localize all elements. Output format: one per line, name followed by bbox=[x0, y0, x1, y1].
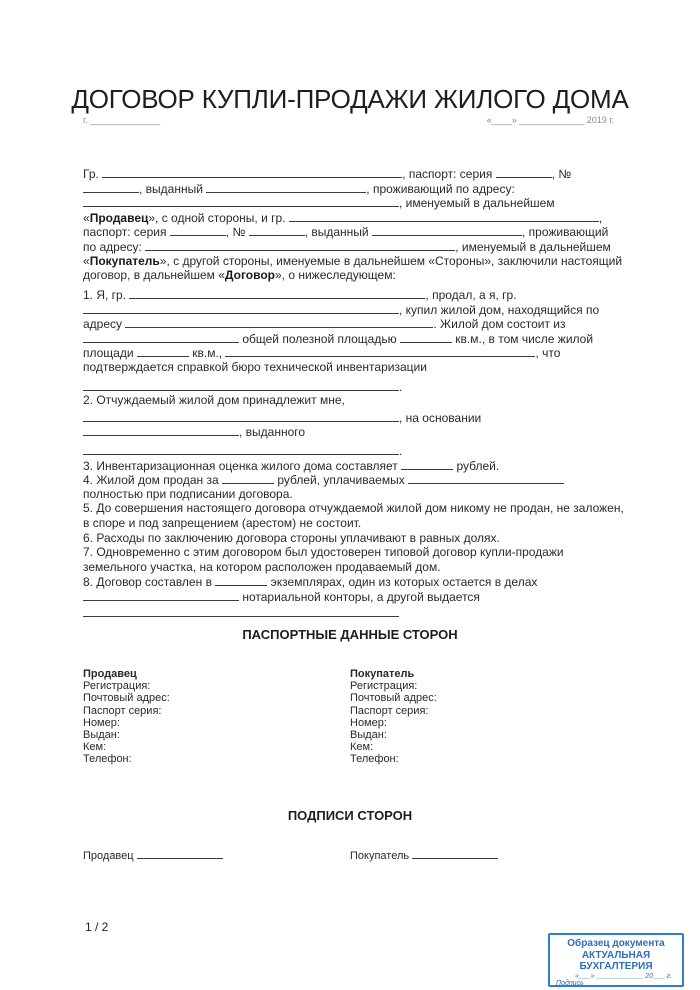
seller-field: Кем: bbox=[83, 741, 170, 753]
clause1-address-blank[interactable] bbox=[125, 316, 433, 328]
clause8-notary-blank[interactable] bbox=[83, 589, 239, 601]
seller-issued-by-blank[interactable] bbox=[206, 181, 366, 193]
text: паспорт: серия bbox=[83, 225, 166, 239]
text: , выданного bbox=[239, 425, 305, 439]
buyer-field: Номер: bbox=[350, 717, 437, 729]
stamp-line-3: «___» ____________ 20___ г. bbox=[550, 973, 682, 980]
text: земельного участка, на котором расположе… bbox=[83, 560, 441, 574]
buyer-field: Кем: bbox=[350, 741, 437, 753]
buyer-name-blank[interactable] bbox=[289, 210, 599, 222]
seller-field: Регистрация: bbox=[83, 680, 170, 692]
text: 2. Отчуждаемый жилой дом принадлежит мне… bbox=[83, 393, 345, 407]
preamble: Гр. , паспорт: серия , № , выданный , пр… bbox=[83, 166, 623, 283]
buyer-field: Почтовый адрес: bbox=[350, 692, 437, 704]
seller-header: Продавец bbox=[83, 668, 170, 680]
text: », с другой стороны, именуемые в дальней… bbox=[160, 254, 622, 268]
text: , № bbox=[226, 225, 246, 239]
date-field: «____» _____________ 2019 г. bbox=[487, 115, 614, 125]
text: 1. Я, гр. bbox=[83, 288, 126, 302]
text: , купил жилой дом, находящийся по bbox=[399, 303, 599, 317]
text: « bbox=[83, 254, 90, 268]
clause1-bti-blank[interactable] bbox=[83, 379, 399, 391]
clause1-composition-blank[interactable] bbox=[83, 331, 239, 343]
text: , именуемый в дальнейшем bbox=[399, 196, 555, 210]
seller-signature-label: Продавец bbox=[83, 850, 134, 862]
buyer-field: Паспорт серия: bbox=[350, 705, 437, 717]
text: , выданный bbox=[139, 182, 203, 196]
text: общей полезной площадью bbox=[242, 332, 396, 346]
buyer-field: Регистрация: bbox=[350, 680, 437, 692]
text: , на основании bbox=[399, 411, 481, 425]
text: , bbox=[599, 211, 602, 225]
text: договор, в дальнейшем « bbox=[83, 268, 225, 282]
clause1-other-blank[interactable] bbox=[225, 345, 535, 357]
text: , № bbox=[552, 167, 572, 181]
text: кв.м., в том числе жилой bbox=[455, 332, 593, 346]
buyer-term: Покупатель bbox=[90, 254, 160, 268]
clause8-recipient-blank[interactable] bbox=[83, 605, 399, 617]
seller-signature-blank[interactable] bbox=[137, 847, 223, 859]
buyer-signature: Покупатель bbox=[350, 847, 498, 862]
seller-field: Почтовый адрес: bbox=[83, 692, 170, 704]
clause2-issued-blank[interactable] bbox=[83, 443, 399, 455]
text: рублей, уплачиваемых bbox=[277, 473, 404, 487]
buyer-signature-label: Покупатель bbox=[350, 850, 409, 862]
buyer-passport-number-blank[interactable] bbox=[249, 224, 305, 236]
clause1-total-area-blank[interactable] bbox=[400, 331, 452, 343]
clause1-seller-blank[interactable] bbox=[129, 287, 425, 299]
buyer-field: Телефон: bbox=[350, 753, 437, 765]
text: 4. Жилой дом продан за bbox=[83, 473, 219, 487]
buyer-passport-series-blank[interactable] bbox=[170, 224, 226, 236]
text: нотариальной конторы, а другой выдается bbox=[242, 590, 480, 604]
buyer-address-blank[interactable] bbox=[145, 239, 455, 251]
text: 6. Расходы по заключению договора сторон… bbox=[83, 531, 500, 545]
seller-term: Продавец bbox=[90, 211, 149, 225]
text: кв.м., bbox=[192, 346, 222, 360]
text: Гр. bbox=[83, 167, 99, 181]
clause4-payment-blank[interactable] bbox=[408, 472, 564, 484]
text: рублей. bbox=[456, 459, 499, 473]
text: подтверждается справкой бюро технической… bbox=[83, 360, 427, 374]
text: 7. Одновременно с этим договором был удо… bbox=[83, 545, 564, 559]
text: . bbox=[399, 380, 402, 394]
seller-passport-column: Продавец Регистрация: Почтовый адрес: Па… bbox=[83, 668, 170, 766]
seller-passport-series-blank[interactable] bbox=[496, 166, 552, 178]
seller-address-blank[interactable] bbox=[83, 195, 399, 207]
text: . Жилой дом состоит из bbox=[433, 317, 565, 331]
contract-term: Договор bbox=[225, 268, 275, 282]
clause1-living-area-blank[interactable] bbox=[137, 345, 189, 357]
seller-signature: Продавец bbox=[83, 847, 223, 862]
text: », с одной стороны, и гр. bbox=[148, 211, 285, 225]
text: в споре и под запрещением (арестом) не с… bbox=[83, 516, 361, 530]
text: », о нижеследующем: bbox=[275, 268, 396, 282]
stamp-line-2: АКТУАЛЬНАЯ БУХГАЛТЕРИЯ bbox=[550, 950, 682, 972]
document-title: ДОГОВОР КУПЛИ-ПРОДАЖИ ЖИЛОГО ДОМА bbox=[0, 84, 700, 115]
text: 8. Договор составлен в bbox=[83, 575, 212, 589]
sample-stamp: Образец документа АКТУАЛЬНАЯ БУХГАЛТЕРИЯ… bbox=[548, 933, 684, 987]
text: 5. До совершения настоящего договора отч… bbox=[83, 501, 624, 515]
clause8-copies-blank[interactable] bbox=[215, 574, 267, 586]
buyer-issued-by-blank[interactable] bbox=[372, 224, 522, 236]
text: « bbox=[83, 211, 90, 225]
seller-field: Выдан: bbox=[83, 729, 170, 741]
text: экземплярах, один из которых остается в … bbox=[271, 575, 538, 589]
text: по адресу: bbox=[83, 240, 142, 254]
seller-field: Паспорт серия: bbox=[83, 705, 170, 717]
text: , именуемый в дальнейшем bbox=[455, 240, 611, 254]
buyer-header: Покупатель bbox=[350, 668, 437, 680]
signatures-section-title: ПОДПИСИ СТОРОН bbox=[0, 808, 700, 823]
text: , проживающий по адресу: bbox=[366, 182, 515, 196]
seller-name-blank[interactable] bbox=[102, 166, 402, 178]
clause2-owner-blank[interactable] bbox=[83, 410, 399, 422]
clause4-price-blank[interactable] bbox=[222, 472, 274, 484]
clauses: 1. Я, гр. , продал, а я, гр. , купил жил… bbox=[83, 287, 623, 620]
buyer-passport-column: Покупатель Регистрация: Почтовый адрес: … bbox=[350, 668, 437, 766]
seller-field: Номер: bbox=[83, 717, 170, 729]
page-number: 1 / 2 bbox=[85, 920, 108, 934]
clause3-valuation-blank[interactable] bbox=[401, 458, 453, 470]
text: полностью при подписании договора. bbox=[83, 487, 293, 501]
text: адресу bbox=[83, 317, 122, 331]
text: , паспорт: серия bbox=[402, 167, 492, 181]
buyer-signature-blank[interactable] bbox=[412, 847, 498, 859]
buyer-field: Выдан: bbox=[350, 729, 437, 741]
text: . bbox=[399, 444, 402, 458]
clause2-basis-blank[interactable] bbox=[83, 424, 239, 436]
seller-field: Телефон: bbox=[83, 753, 170, 765]
passport-section-title: ПАСПОРТНЫЕ ДАННЫЕ СТОРОН bbox=[0, 627, 700, 642]
text: , проживающий bbox=[522, 225, 608, 239]
seller-passport-number-blank[interactable] bbox=[83, 181, 139, 193]
text: , что bbox=[535, 346, 560, 360]
clause1-buyer-blank[interactable] bbox=[83, 302, 399, 314]
text: , выданный bbox=[305, 225, 369, 239]
text: 3. Инвентаризационная оценка жилого дома… bbox=[83, 459, 398, 473]
city-field: г. ______________ bbox=[83, 115, 160, 125]
stamp-line-1: Образец документа bbox=[550, 938, 682, 949]
stamp-line-4: Подпись _______________________ bbox=[550, 980, 682, 987]
text: , продал, а я, гр. bbox=[425, 288, 516, 302]
text: площади bbox=[83, 346, 134, 360]
